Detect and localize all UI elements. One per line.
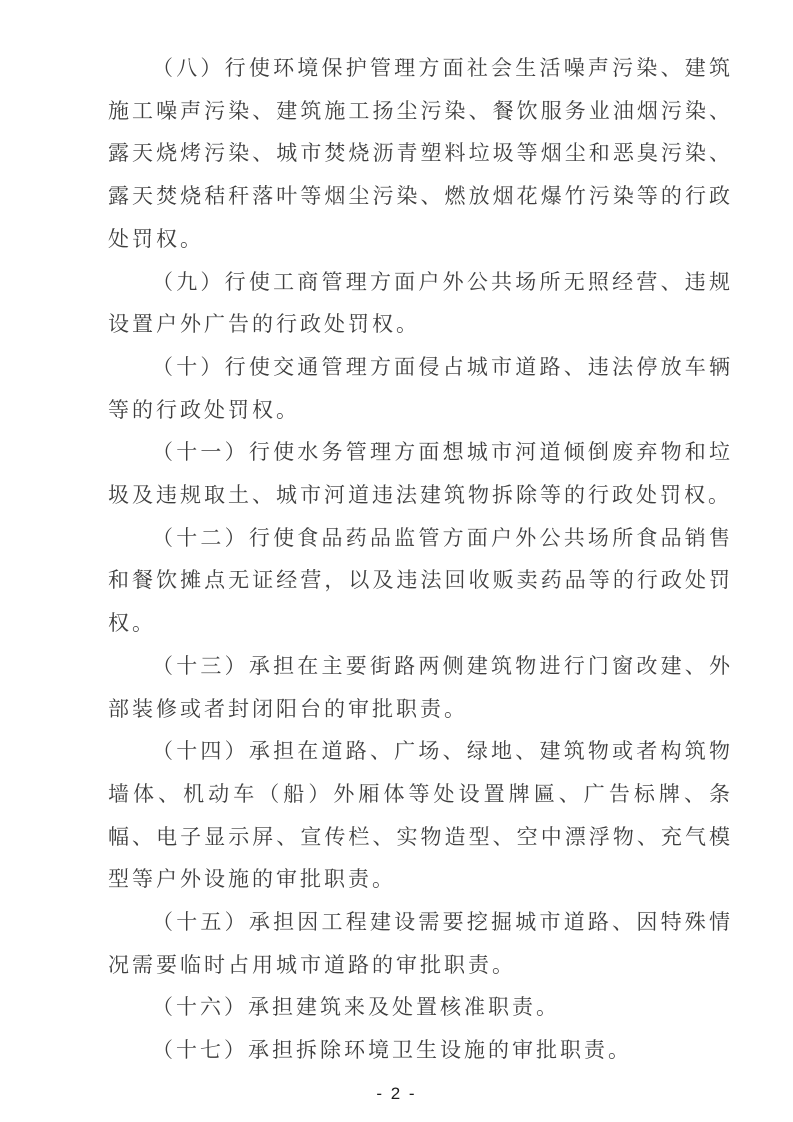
paragraph-item-11: （十一）行使水务管理方面想城市河道倾倒废弃物和垃圾及违规取土、城市河道违法建筑物…	[108, 431, 733, 516]
paragraph-item-8: （八）行使环境保护管理方面社会生活噪声污染、建筑施工噪声污染、建筑施工扬尘污染、…	[108, 47, 733, 261]
document-body: （八）行使环境保护管理方面社会生活噪声污染、建筑施工噪声污染、建筑施工扬尘污染、…	[108, 47, 733, 1072]
paragraph-item-10: （十）行使交通管理方面侵占城市道路、违法停放车辆等的行政处罚权。	[108, 346, 733, 431]
paragraph-item-15: （十五）承担因工程建设需要挖掘城市道路、因特殊情况需要临时占用城市道路的审批职责…	[108, 901, 733, 986]
page-number: - 2 -	[0, 1084, 793, 1104]
paragraph-item-13: （十三）承担在主要街路两侧建筑物进行门窗改建、外部装修或者封闭阳台的审批职责。	[108, 645, 733, 730]
paragraph-item-9: （九）行使工商管理方面户外公共场所无照经营、违规设置户外广告的行政处罚权。	[108, 261, 733, 346]
paragraph-item-12: （十二）行使食品药品监管方面户外公共场所食品销售和餐饮摊点无证经营，以及违法回收…	[108, 517, 733, 645]
document-page: （八）行使环境保护管理方面社会生活噪声污染、建筑施工噪声污染、建筑施工扬尘污染、…	[0, 0, 793, 1122]
paragraph-item-17: （十七）承担拆除环境卫生设施的审批职责。	[108, 1029, 733, 1072]
paragraph-item-16: （十六）承担建筑来及处置核准职责。	[108, 986, 733, 1029]
paragraph-item-14: （十四）承担在道路、广场、绿地、建筑物或者构筑物墙体、机动车（船）外厢体等处设置…	[108, 730, 733, 901]
